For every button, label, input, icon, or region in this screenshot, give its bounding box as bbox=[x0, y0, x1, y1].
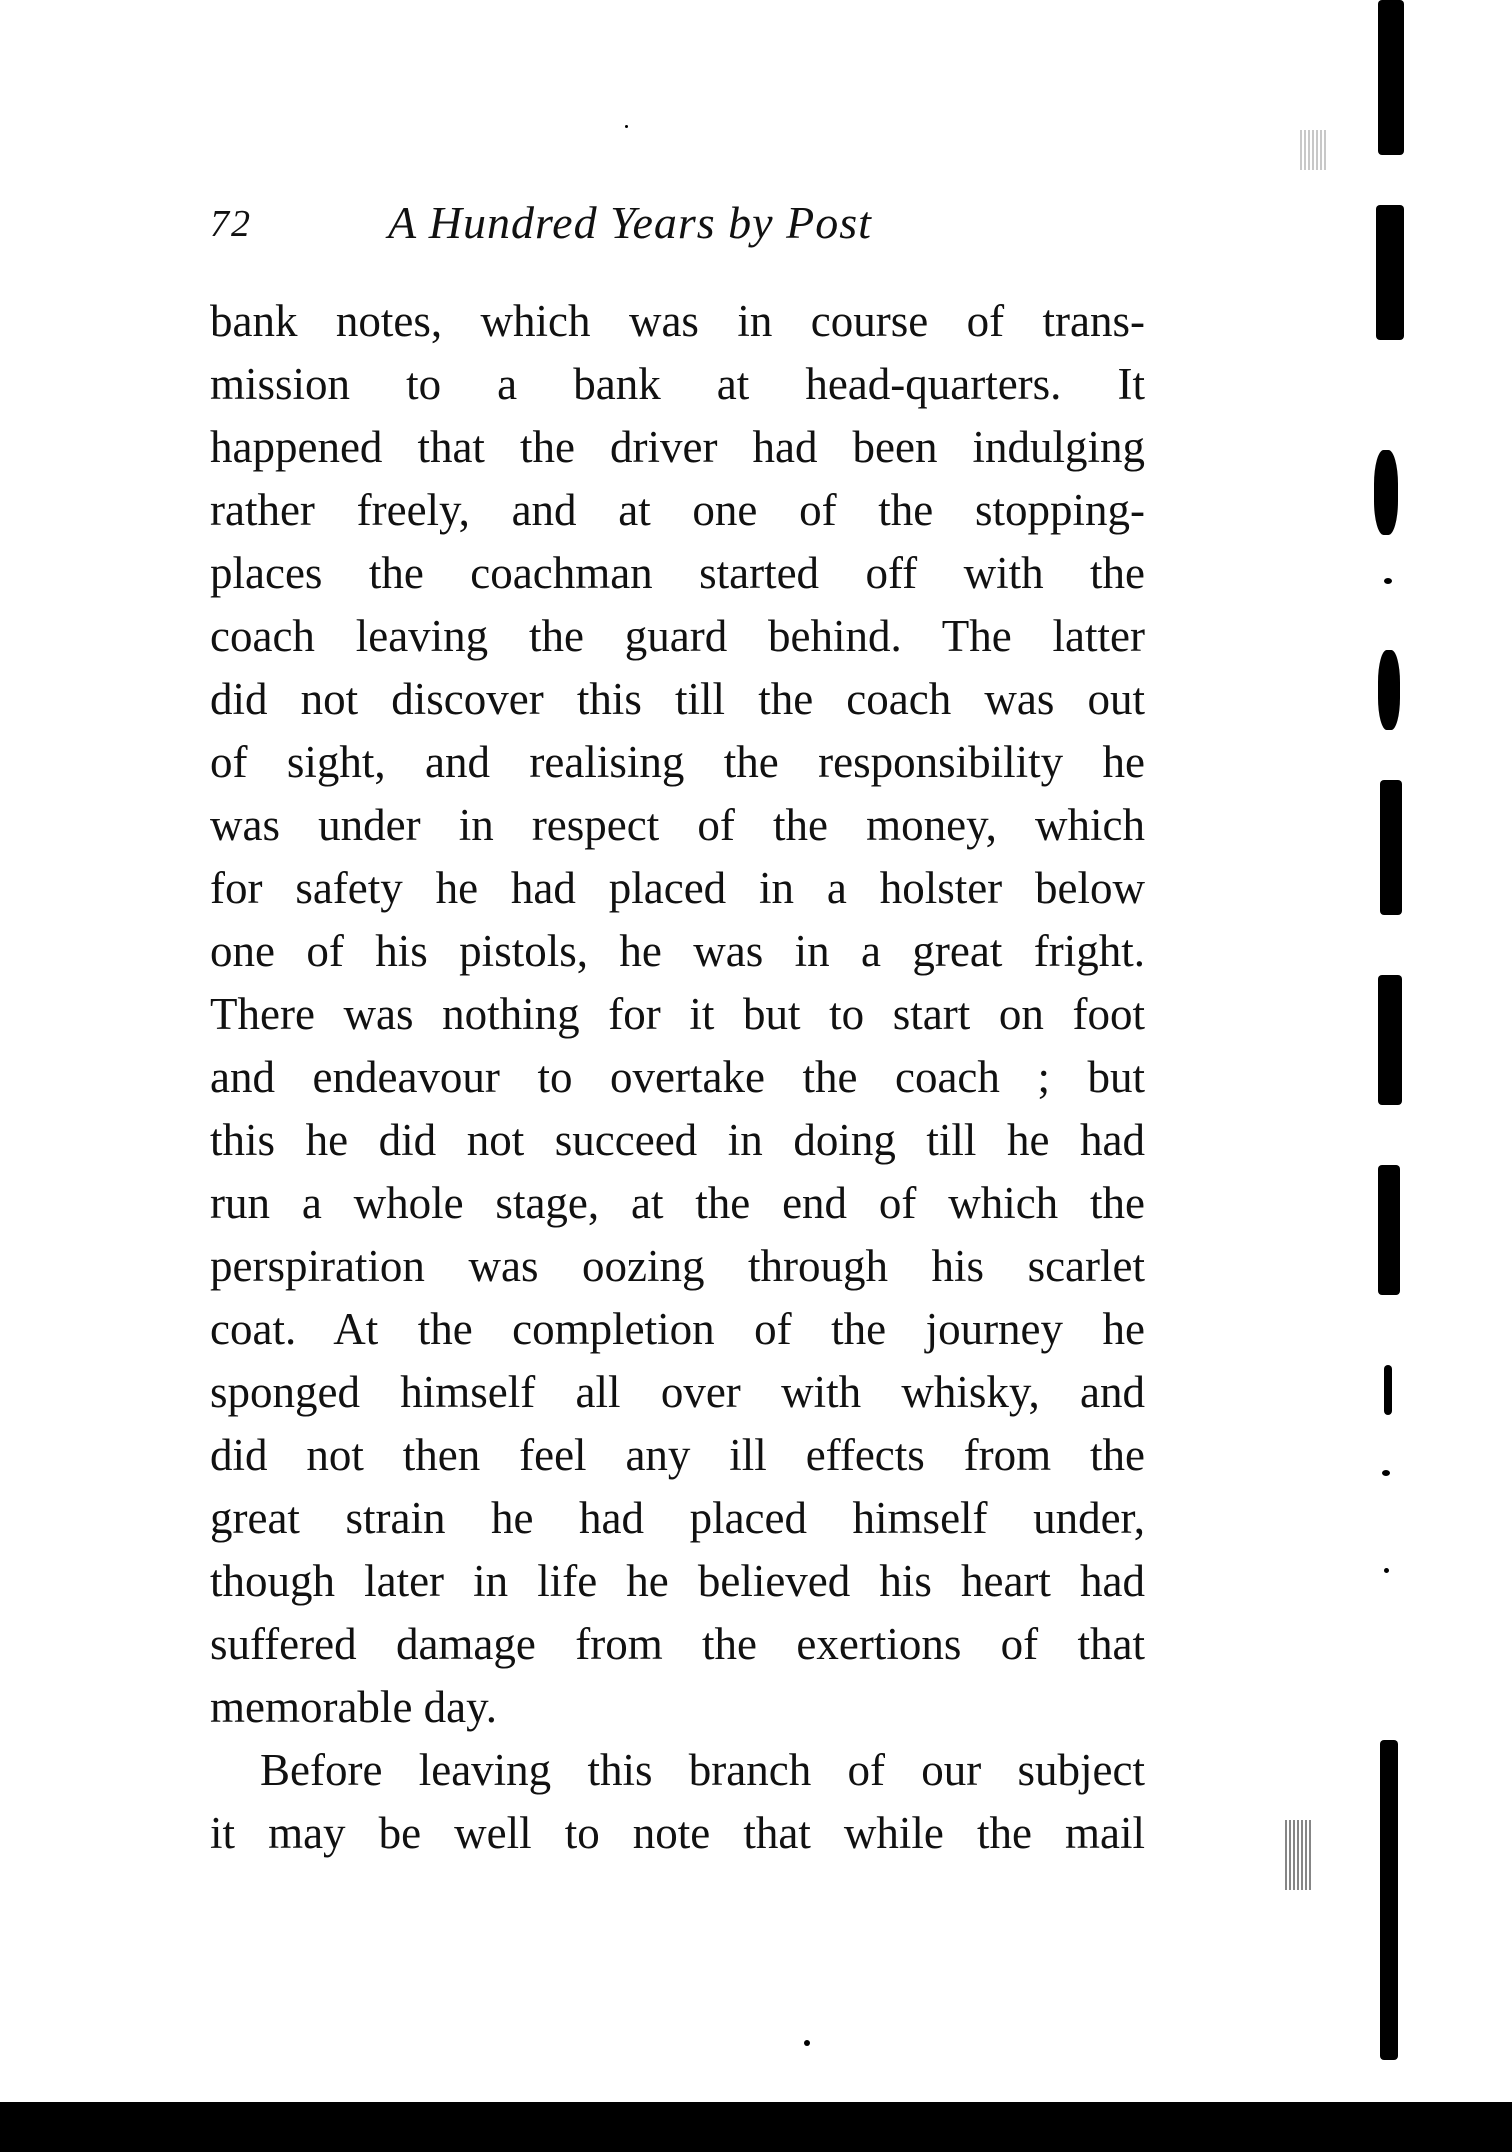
text-line: great strain he had placed himself under… bbox=[210, 1487, 1145, 1550]
text-line: coach leaving the guard behind. The latt… bbox=[210, 605, 1145, 668]
speck bbox=[804, 2040, 810, 2046]
binding-mark bbox=[1378, 650, 1400, 730]
paragraph-2: Before leaving this branch of our subjec… bbox=[210, 1739, 1145, 1865]
text-line: though later in life he believed his hea… bbox=[210, 1550, 1145, 1613]
text-line: happened that the driver had been indulg… bbox=[210, 416, 1145, 479]
binding-mark bbox=[1384, 1365, 1392, 1415]
text-line: places the coachman started off with the bbox=[210, 542, 1145, 605]
speck bbox=[1382, 1470, 1390, 1476]
text-line: run a whole stage, at the end of which t… bbox=[210, 1172, 1145, 1235]
text-line: Before leaving this branch of our subjec… bbox=[210, 1739, 1145, 1802]
text-line: rather freely, and at one of the stoppin… bbox=[210, 479, 1145, 542]
text-line: did not then feel any ill effects from t… bbox=[210, 1424, 1145, 1487]
binding-mark bbox=[1378, 1165, 1400, 1295]
text-line: suffered damage from the exertions of th… bbox=[210, 1613, 1145, 1676]
text-line: did not discover this till the coach was… bbox=[210, 668, 1145, 731]
speck bbox=[1384, 1568, 1389, 1573]
text-line: and endeavour to overtake the coach ; bu… bbox=[210, 1046, 1145, 1109]
binding-mark bbox=[1378, 975, 1402, 1105]
text-line: was under in respect of the money, which bbox=[210, 794, 1145, 857]
text-line: of sight, and realising the responsibili… bbox=[210, 731, 1145, 794]
binding-mark bbox=[1380, 1740, 1398, 2060]
scan-smudge bbox=[1300, 130, 1326, 170]
text-line: for safety he had placed in a holster be… bbox=[210, 857, 1145, 920]
paragraph-1: bank notes, which was in course of trans… bbox=[210, 290, 1145, 1739]
scanned-book-page: 72 A Hundred Years by Post bank notes, w… bbox=[0, 0, 1512, 2152]
speck bbox=[1384, 578, 1392, 584]
binding-edge-marks bbox=[1372, 0, 1412, 2100]
binding-mark bbox=[1378, 0, 1404, 155]
text-line: memorable day. bbox=[210, 1676, 1145, 1739]
text-line: perspiration was oozing through his scar… bbox=[210, 1235, 1145, 1298]
text-line: one of his pistols, he was in a great fr… bbox=[210, 920, 1145, 983]
binding-mark bbox=[1374, 450, 1398, 535]
text-line: sponged himself all over with whisky, an… bbox=[210, 1361, 1145, 1424]
text-line: bank notes, which was in course of trans… bbox=[210, 290, 1145, 353]
running-title: A Hundred Years by Post bbox=[388, 196, 872, 249]
binding-mark bbox=[1376, 205, 1404, 340]
body-text: bank notes, which was in course of trans… bbox=[210, 290, 1145, 1865]
text-line: it may be well to note that while the ma… bbox=[210, 1802, 1145, 1865]
text-line: There was nothing for it but to start on… bbox=[210, 983, 1145, 1046]
text-line: mission to a bank at head-quarters. It bbox=[210, 353, 1145, 416]
running-head: 72 A Hundred Years by Post bbox=[210, 196, 1160, 256]
text-line: this he did not succeed in doing till he… bbox=[210, 1109, 1145, 1172]
binding-mark bbox=[1380, 780, 1402, 915]
page-number: 72 bbox=[210, 202, 252, 246]
scan-border-bottom bbox=[0, 2102, 1512, 2152]
scan-smudge bbox=[1285, 1820, 1311, 1890]
speck bbox=[625, 125, 628, 128]
text-line: coat. At the completion of the journey h… bbox=[210, 1298, 1145, 1361]
